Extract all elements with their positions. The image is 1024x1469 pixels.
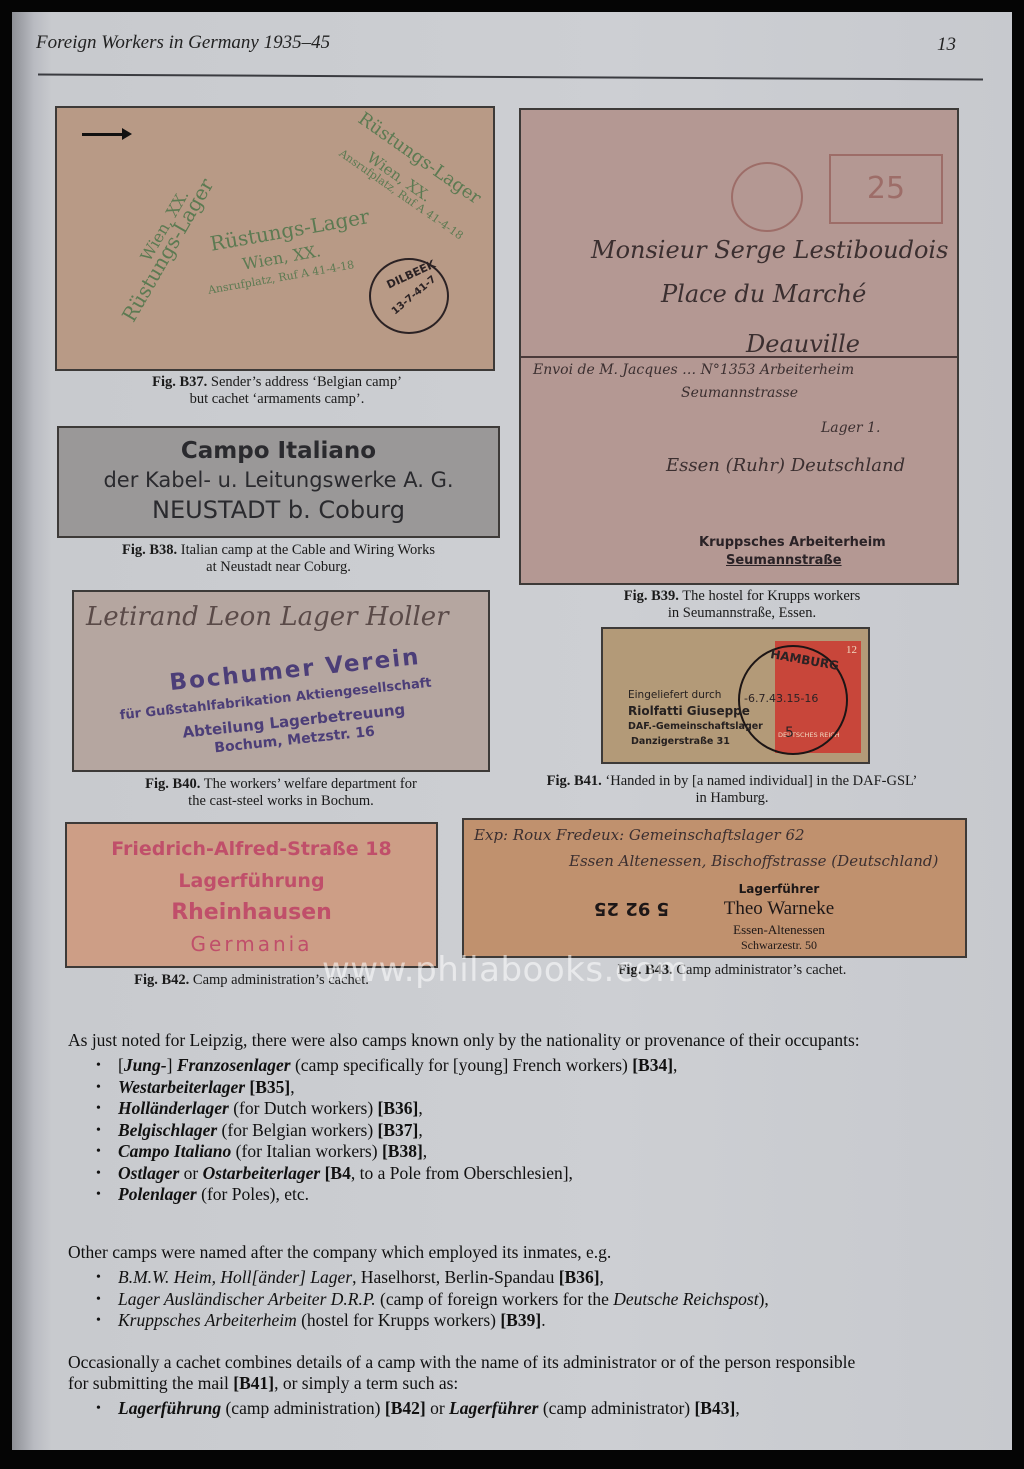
- body-section-company: Other camps were named after the company…: [68, 1242, 988, 1332]
- list-item: Lager Ausländischer Arbeiter D.R.P. (cam…: [96, 1289, 988, 1311]
- figure-b37-caption: Fig. B37. Sender’s address ‘Belgian camp…: [72, 374, 482, 408]
- figure-b37-image: Rüstungs-Lager Wien, XX. Rüstungs-Lager …: [55, 106, 495, 371]
- address-line: Monsieur Serge Lestiboudois: [591, 236, 948, 264]
- cachet-text: Eingeliefert durch: [628, 689, 721, 701]
- paragraph: As just noted for Leipzig, there were al…: [68, 1030, 988, 1051]
- list-item: B.M.W. Heim, Holl[änder] Lager, Haselhor…: [96, 1267, 988, 1289]
- administration-term-list: Lagerführung (camp administration) [B42]…: [68, 1398, 988, 1420]
- address-line: Deauville: [746, 330, 860, 358]
- cachet-text: Lagerführer: [719, 882, 839, 896]
- figure-b38-caption: Fig. B38. Italian camp at the Cable and …: [57, 542, 500, 576]
- header-rule: [38, 74, 983, 81]
- sender-line: Seumannstrasse: [681, 385, 798, 401]
- handwriting: Letirand Leon Lager Holler: [86, 602, 449, 632]
- watermark: www.philabooks.com: [322, 950, 689, 990]
- list-item: Campo Italiano (for Italian workers) [B3…: [96, 1141, 988, 1163]
- figure-b42-image: Friedrich-Alfred-Straße 18 Lagerführung …: [65, 822, 438, 968]
- sender-line: Lager 1.: [821, 420, 880, 436]
- cachet-text: Campo Italiano: [59, 438, 498, 464]
- cachet-text: der Kabel- u. Leitungswerke A. G.: [59, 468, 498, 492]
- running-title: Foreign Workers in Germany 1935–45: [36, 32, 330, 54]
- cachet-text: Rüstungs-Lager: [117, 174, 218, 326]
- cachet-text: Kruppsches Arbeiterheim: [699, 535, 886, 550]
- cachet-text: Rheinhausen: [67, 900, 436, 925]
- cachet-text: Friedrich-Alfred-Straße 18: [67, 838, 436, 860]
- nationality-camp-list: [Jung-] Franzosenlager (camp specificall…: [68, 1055, 988, 1206]
- sender-line: Essen (Ruhr) Deutschland: [666, 455, 905, 476]
- figure-b41-caption: Fig. B41. ‘Handed in by [a named individ…: [532, 773, 932, 807]
- list-item: Lagerführung (camp administration) [B42]…: [96, 1398, 988, 1420]
- cachet-text: Danzigerstraße 31: [631, 736, 730, 747]
- handwriting: Exp: Roux Fredeux: Gemeinschaftslager 62: [474, 826, 805, 844]
- meter-stamp: 25: [829, 154, 943, 224]
- figure-b43-image: Exp: Roux Fredeux: Gemeinschaftslager 62…: [462, 818, 967, 958]
- list-item: Holländerlager (for Dutch workers) [B36]…: [96, 1098, 988, 1120]
- postmark: HAMBURG -6.7.43.15-16 5: [738, 645, 848, 755]
- company-camp-list: B.M.W. Heim, Holl[änder] Lager, Haselhor…: [68, 1267, 988, 1332]
- figure-b41-image: 12 DEUTSCHES REICH HAMBURG -6.7.43.15-16…: [601, 627, 870, 764]
- address-line: Place du Marché: [661, 280, 866, 308]
- handwriting: Essen Altenessen, Bischoffstrasse (Deuts…: [569, 852, 938, 870]
- paragraph: Other camps were named after the company…: [68, 1242, 988, 1263]
- cachet-text: NEUSTADT b. Coburg: [59, 496, 498, 524]
- page-number: 13: [937, 34, 956, 56]
- sender-line: Envoi de M. Jacques … N°1353 Arbeiterhei…: [533, 362, 854, 378]
- figure-b39-image: 25 Monsieur Serge Lestiboudois Place du …: [519, 108, 959, 585]
- body-section-administrator: Occasionally a cachet combines details o…: [68, 1352, 988, 1420]
- cachet-text: Riolfatti Giuseppe: [628, 704, 750, 718]
- figure-b40-image: Letirand Leon Lager Holler Bochumer Vere…: [72, 590, 490, 772]
- cachet-text: Lagerführung: [67, 870, 436, 892]
- figure-b39-caption: Fig. B39. The hostel for Krupps workers …: [572, 588, 912, 622]
- list-item: Westarbeiterlager [B35],: [96, 1077, 988, 1099]
- cachet-text: Essen-Altenessen: [704, 922, 854, 938]
- list-item: Polenlager (for Poles), etc.: [96, 1184, 988, 1206]
- cachet-text: Seumannstraße: [726, 553, 842, 568]
- cachet-text: Schwarzestr. 50: [704, 938, 854, 953]
- book-page: Foreign Workers in Germany 1935–45 13 Rü…: [12, 12, 1012, 1450]
- list-item: Belgischlager (for Belgian workers) [B37…: [96, 1120, 988, 1142]
- arrow-icon: [82, 133, 124, 136]
- list-item: Kruppsches Arbeiterheim (hostel for Krup…: [96, 1310, 988, 1332]
- postmark: DILBEEK 13-7-41-7: [369, 258, 449, 334]
- list-item: [Jung-] Franzosenlager (camp specificall…: [96, 1055, 988, 1077]
- inverted-numbers: 5 92 25: [594, 898, 669, 919]
- fold-line: [521, 356, 957, 358]
- figure-b38-image: Campo Italiano der Kabel- u. Leitungswer…: [57, 426, 500, 538]
- cachet-text: Theo Warneke: [689, 898, 869, 920]
- cachet-text: DAF.-Gemeinschaftslager: [628, 721, 763, 732]
- paragraph: Occasionally a cachet combines details o…: [68, 1352, 988, 1394]
- body-section-nationality: As just noted for Leipzig, there were al…: [68, 1030, 988, 1206]
- list-item: Ostlager or Ostarbeiterlager [B4, to a P…: [96, 1163, 988, 1185]
- figure-b40-caption: Fig. B40. The workers’ welfare departmen…: [72, 776, 490, 810]
- postmark: [731, 162, 803, 232]
